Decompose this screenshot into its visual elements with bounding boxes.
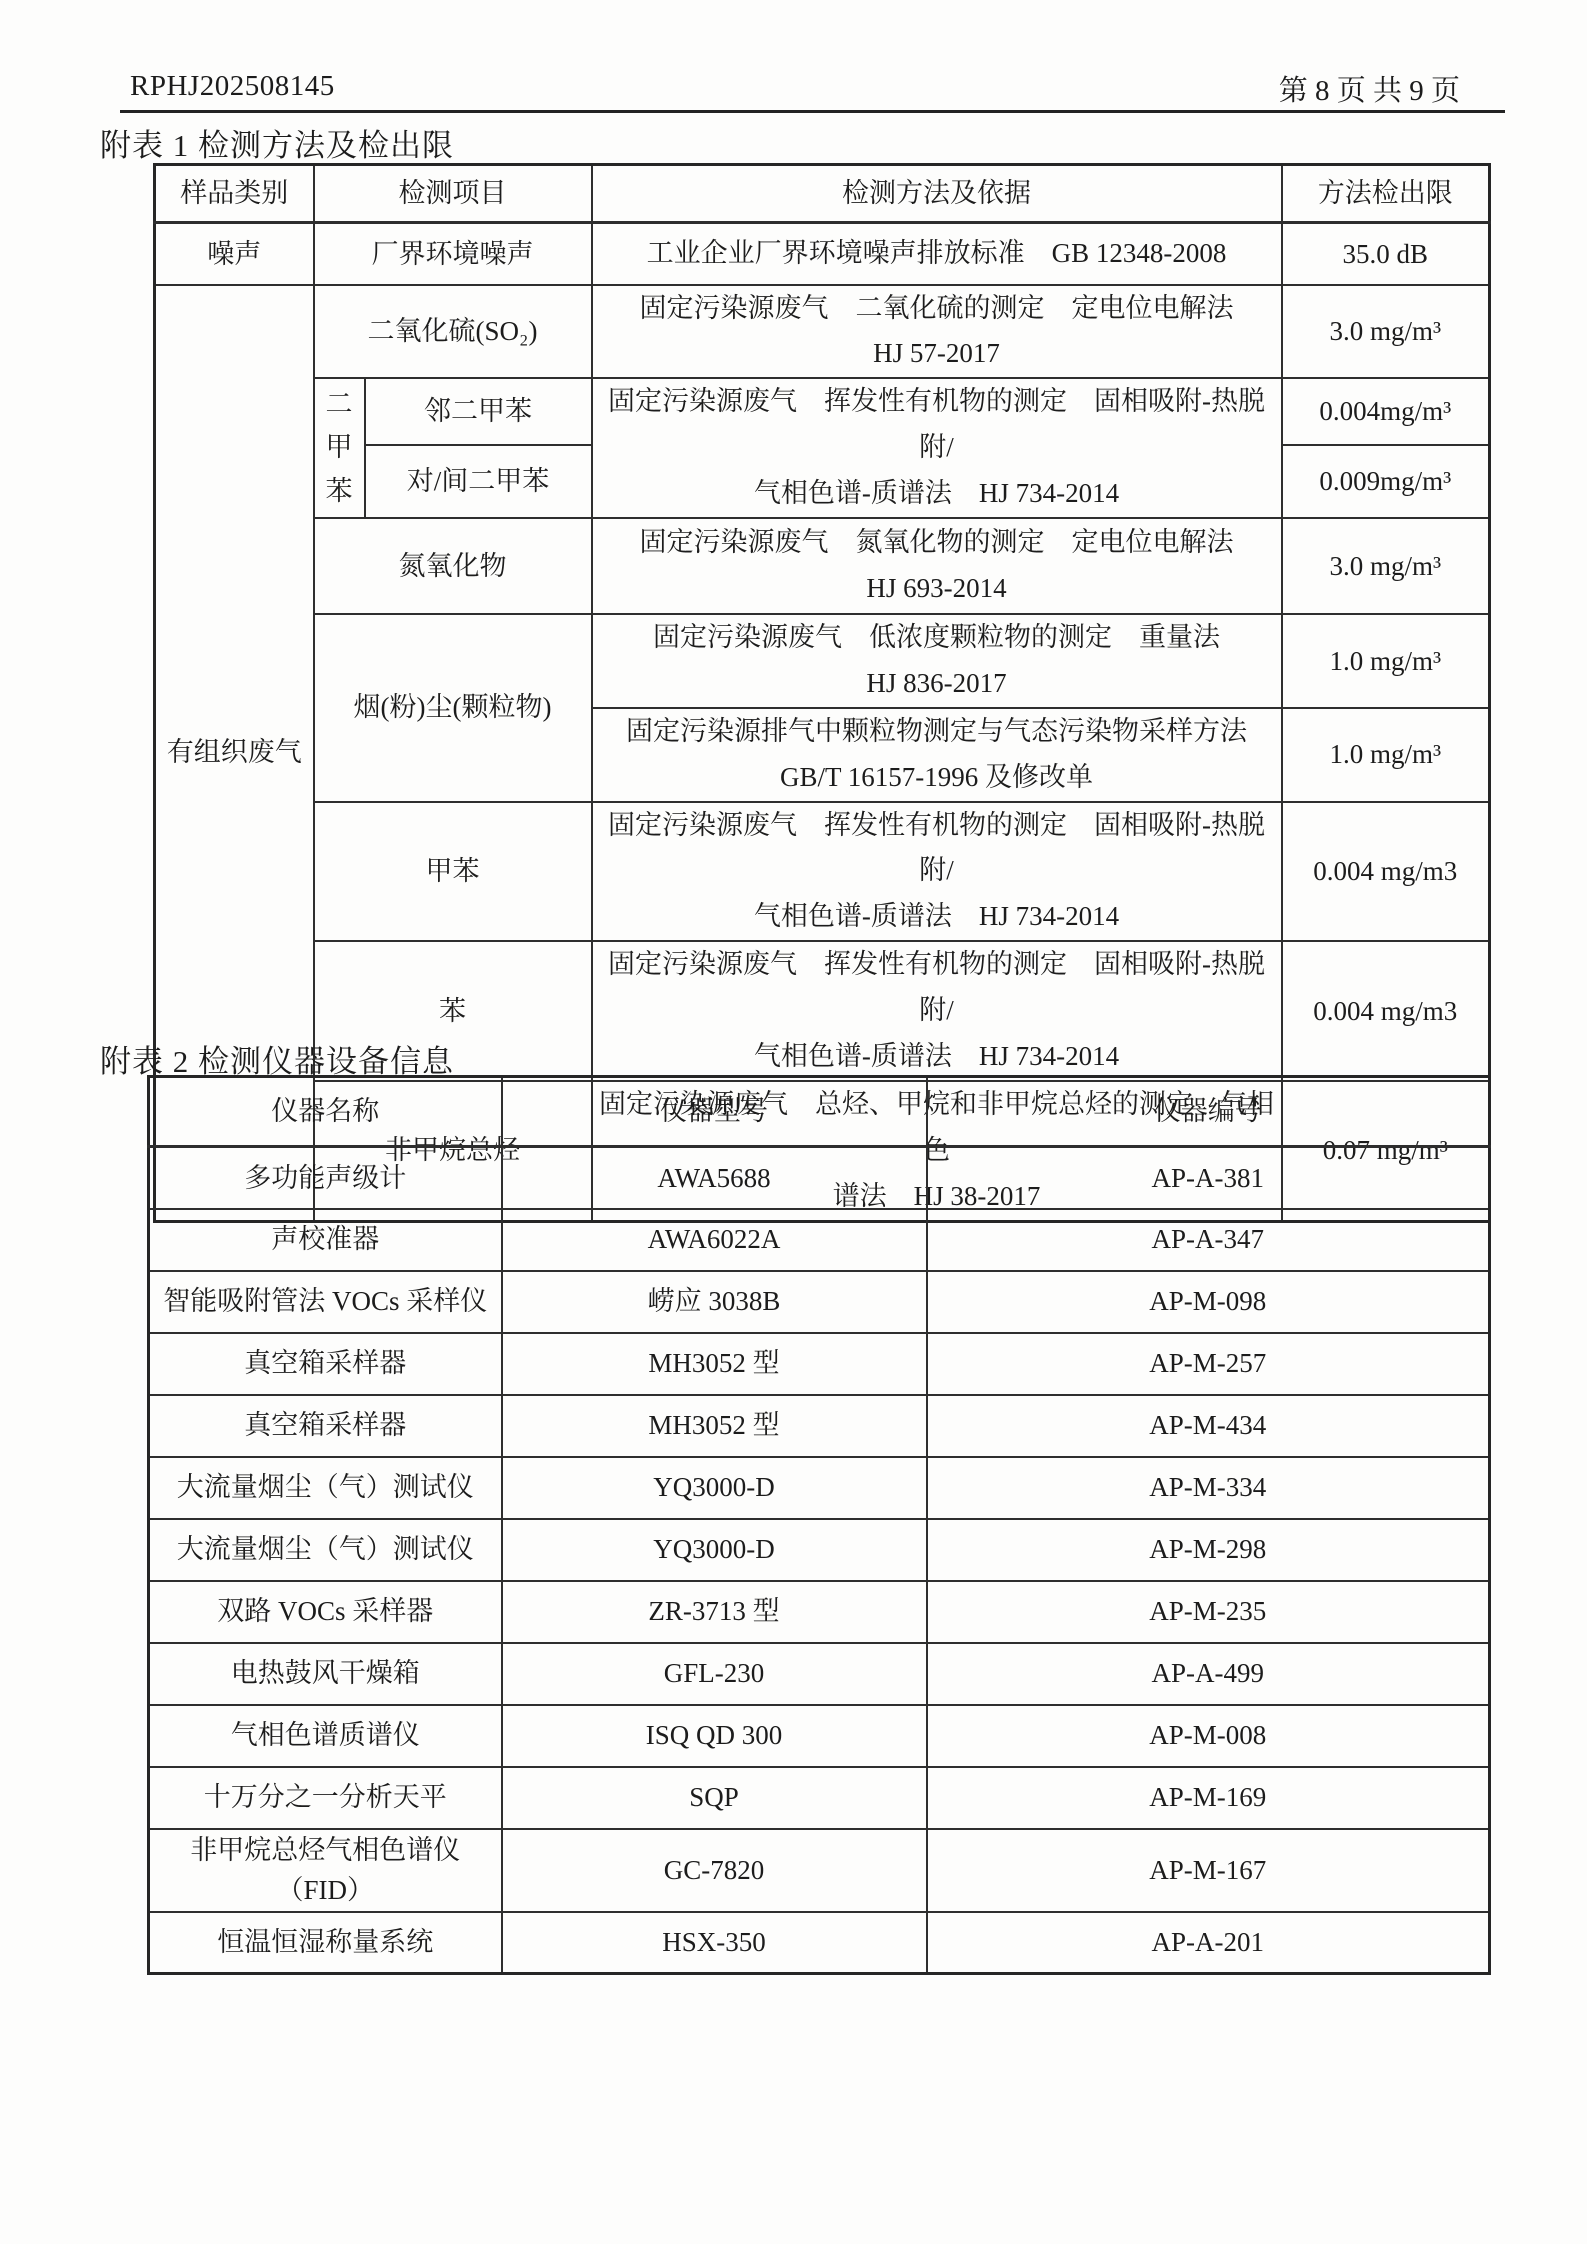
method-cell: 固定污染源废气 低浓度颗粒物的测定 重量法 HJ 836-2017 [592, 614, 1282, 708]
instrument-model-cell: YQ3000-D [502, 1519, 927, 1581]
method-cell: 固定污染源废气 二氧化硫的测定 定电位电解法 HJ 57-2017 [592, 285, 1282, 379]
document-number: RPHJ202508145 [130, 70, 335, 103]
table-header-row: 仪器名称 仪器型号 仪器编号 [149, 1077, 1490, 1147]
page-indicator: 第 8 页 共 9 页 [1279, 68, 1460, 109]
instrument-row: 电热鼓风干燥箱 GFL-230 AP-A-499 [149, 1643, 1490, 1705]
test-item-cell: 氮氧化物 [314, 518, 592, 614]
instrument-model-cell: MH3052 型 [502, 1395, 927, 1457]
xylene-group-label: 二甲苯 [326, 383, 353, 514]
instrument-model-cell: YQ3000-D [502, 1457, 927, 1519]
instrument-row: 真空箱采样器 MH3052 型 AP-M-257 [149, 1333, 1490, 1395]
instrument-serial-cell: AP-M-434 [927, 1395, 1490, 1457]
instrument-serial-cell: AP-M-008 [927, 1705, 1490, 1767]
instrument-model-cell: MH3052 型 [502, 1333, 927, 1395]
instrument-serial-cell: AP-A-347 [927, 1209, 1490, 1271]
test-item-cell: 二氧化硫(SO₂) [314, 285, 592, 379]
instrument-row: 智能吸附管法 VOCs 采样仪 崂应 3038B AP-M-098 [149, 1271, 1490, 1333]
instrument-model-cell: HSX-350 [502, 1912, 927, 1974]
table-row: 噪声 厂界环境噪声 工业企业厂界环境噪声排放标准 GB 12348-2008 3… [155, 223, 1490, 285]
instrument-serial-cell: AP-M-334 [927, 1457, 1490, 1519]
instrument-row: 多功能声级计 AWA5688 AP-A-381 [149, 1147, 1490, 1209]
header-divider [120, 110, 1505, 113]
instrument-serial-header: 仪器编号 [927, 1077, 1490, 1147]
instrument-row: 大流量烟尘（气）测试仪 YQ3000-D AP-M-334 [149, 1457, 1490, 1519]
instrument-name-cell: 十万分之一分析天平 [149, 1767, 502, 1829]
instrument-row: 真空箱采样器 MH3052 型 AP-M-434 [149, 1395, 1490, 1457]
instrument-serial-cell: AP-M-169 [927, 1767, 1490, 1829]
instrument-row: 气相色谱质谱仪 ISQ QD 300 AP-M-008 [149, 1705, 1490, 1767]
limit-cell: 0.004 mg/m3 [1282, 802, 1490, 942]
method-cell: 固定污染源排气中颗粒物测定与气态污染物采样方法 GB/T 16157-1996 … [592, 708, 1282, 802]
instrument-model-cell: SQP [502, 1767, 927, 1829]
detection-limit-header: 方法检出限 [1282, 165, 1490, 223]
method-cell: 固定污染源废气 挥发性有机物的测定 固相吸附-热脱附/ 气相色谱-质谱法 HJ … [592, 378, 1282, 518]
instrument-model-cell: AWA5688 [502, 1147, 927, 1209]
instrument-name-cell: 真空箱采样器 [149, 1395, 502, 1457]
limit-cell: 0.009mg/m³ [1282, 445, 1490, 518]
instrument-model-cell: GC-7820 [502, 1829, 927, 1912]
instruments-table: 仪器名称 仪器型号 仪器编号 多功能声级计 AWA5688 AP-A-381 声… [147, 1075, 1491, 1975]
method-basis-header: 检测方法及依据 [592, 165, 1282, 223]
instrument-row: 恒温恒湿称量系统 HSX-350 AP-A-201 [149, 1912, 1490, 1974]
method-cell: 固定污染源废气 挥发性有机物的测定 固相吸附-热脱附/ 气相色谱-质谱法 HJ … [592, 802, 1282, 942]
test-item-cell: 邻二甲苯 [365, 378, 592, 444]
instrument-row: 十万分之一分析天平 SQP AP-M-169 [149, 1767, 1490, 1829]
method-cell: 固定污染源废气 氮氧化物的测定 定电位电解法 HJ 693-2014 [592, 518, 1282, 614]
instrument-serial-cell: AP-A-381 [927, 1147, 1490, 1209]
instrument-model-cell: ZR-3713 型 [502, 1581, 927, 1643]
instrument-name-cell: 大流量烟尘（气）测试仪 [149, 1457, 502, 1519]
sample-type-cell: 噪声 [155, 223, 314, 285]
instrument-name-cell: 多功能声级计 [149, 1147, 502, 1209]
instrument-model-header: 仪器型号 [502, 1077, 927, 1147]
test-item-cell: 对/间二甲苯 [365, 445, 592, 518]
instrument-name-cell: 智能吸附管法 VOCs 采样仪 [149, 1271, 502, 1333]
test-item-cell: 烟(粉)尘(颗粒物) [314, 614, 592, 802]
limit-cell: 1.0 mg/m³ [1282, 614, 1490, 708]
test-item-cell: 甲苯 [314, 802, 592, 942]
limit-cell: 0.004mg/m³ [1282, 378, 1490, 444]
item-group-cell: 二甲苯 [314, 378, 365, 518]
instrument-row: 声校准器 AWA6022A AP-A-347 [149, 1209, 1490, 1271]
instrument-name-cell: 非甲烷总烃气相色谱仪（FID） [149, 1829, 502, 1912]
instrument-serial-cell: AP-M-298 [927, 1519, 1490, 1581]
instrument-serial-cell: AP-M-257 [927, 1333, 1490, 1395]
table-row: 氮氧化物 固定污染源废气 氮氧化物的测定 定电位电解法 HJ 693-2014 … [155, 518, 1490, 614]
table-row: 有组织废气 二氧化硫(SO₂) 固定污染源废气 二氧化硫的测定 定电位电解法 H… [155, 285, 1490, 379]
table-header-row: 样品类别 检测项目 检测方法及依据 方法检出限 [155, 165, 1490, 223]
instrument-row: 双路 VOCs 采样器 ZR-3713 型 AP-M-235 [149, 1581, 1490, 1643]
instrument-name-cell: 声校准器 [149, 1209, 502, 1271]
limit-cell: 35.0 dB [1282, 223, 1490, 285]
instrument-model-cell: AWA6022A [502, 1209, 927, 1271]
instrument-name-header: 仪器名称 [149, 1077, 502, 1147]
scanned-report-page: RPHJ202508145 第 8 页 共 9 页 附表 1 检测方法及检出限 … [0, 0, 1587, 2244]
instrument-serial-cell: AP-A-499 [927, 1643, 1490, 1705]
instrument-name-cell: 大流量烟尘（气）测试仪 [149, 1519, 502, 1581]
instrument-serial-cell: AP-M-167 [927, 1829, 1490, 1912]
instrument-row: 非甲烷总烃气相色谱仪（FID） GC-7820 AP-M-167 [149, 1829, 1490, 1912]
instrument-serial-cell: AP-A-201 [927, 1912, 1490, 1974]
instrument-name-cell: 双路 VOCs 采样器 [149, 1581, 502, 1643]
method-cell: 固定污染源废气 挥发性有机物的测定 固相吸附-热脱附/ 气相色谱-质谱法 HJ … [592, 941, 1282, 1081]
instrument-model-cell: ISQ QD 300 [502, 1705, 927, 1767]
limit-cell: 3.0 mg/m³ [1282, 285, 1490, 379]
instrument-name-cell: 气相色谱质谱仪 [149, 1705, 502, 1767]
instrument-model-cell: 崂应 3038B [502, 1271, 927, 1333]
method-cell: 工业企业厂界环境噪声排放标准 GB 12348-2008 [592, 223, 1282, 285]
table1-title: 附表 1 检测方法及检出限 [100, 120, 454, 165]
table-row: 甲苯 固定污染源废气 挥发性有机物的测定 固相吸附-热脱附/ 气相色谱-质谱法 … [155, 802, 1490, 942]
instrument-name-cell: 电热鼓风干燥箱 [149, 1643, 502, 1705]
instrument-serial-cell: AP-M-098 [927, 1271, 1490, 1333]
test-item-header: 检测项目 [314, 165, 592, 223]
table-row: 烟(粉)尘(颗粒物) 固定污染源废气 低浓度颗粒物的测定 重量法 HJ 836-… [155, 614, 1490, 708]
limit-cell: 0.004 mg/m3 [1282, 941, 1490, 1081]
limit-cell: 3.0 mg/m³ [1282, 518, 1490, 614]
instrument-serial-cell: AP-M-235 [927, 1581, 1490, 1643]
instrument-name-cell: 恒温恒湿称量系统 [149, 1912, 502, 1974]
test-item-cell: 厂界环境噪声 [314, 223, 592, 285]
table-row: 二甲苯 邻二甲苯 固定污染源废气 挥发性有机物的测定 固相吸附-热脱附/ 气相色… [155, 378, 1490, 444]
instrument-row: 大流量烟尘（气）测试仪 YQ3000-D AP-M-298 [149, 1519, 1490, 1581]
instrument-name-cell: 真空箱采样器 [149, 1333, 502, 1395]
limit-cell: 1.0 mg/m³ [1282, 708, 1490, 802]
sample-type-header: 样品类别 [155, 165, 314, 223]
instrument-model-cell: GFL-230 [502, 1643, 927, 1705]
